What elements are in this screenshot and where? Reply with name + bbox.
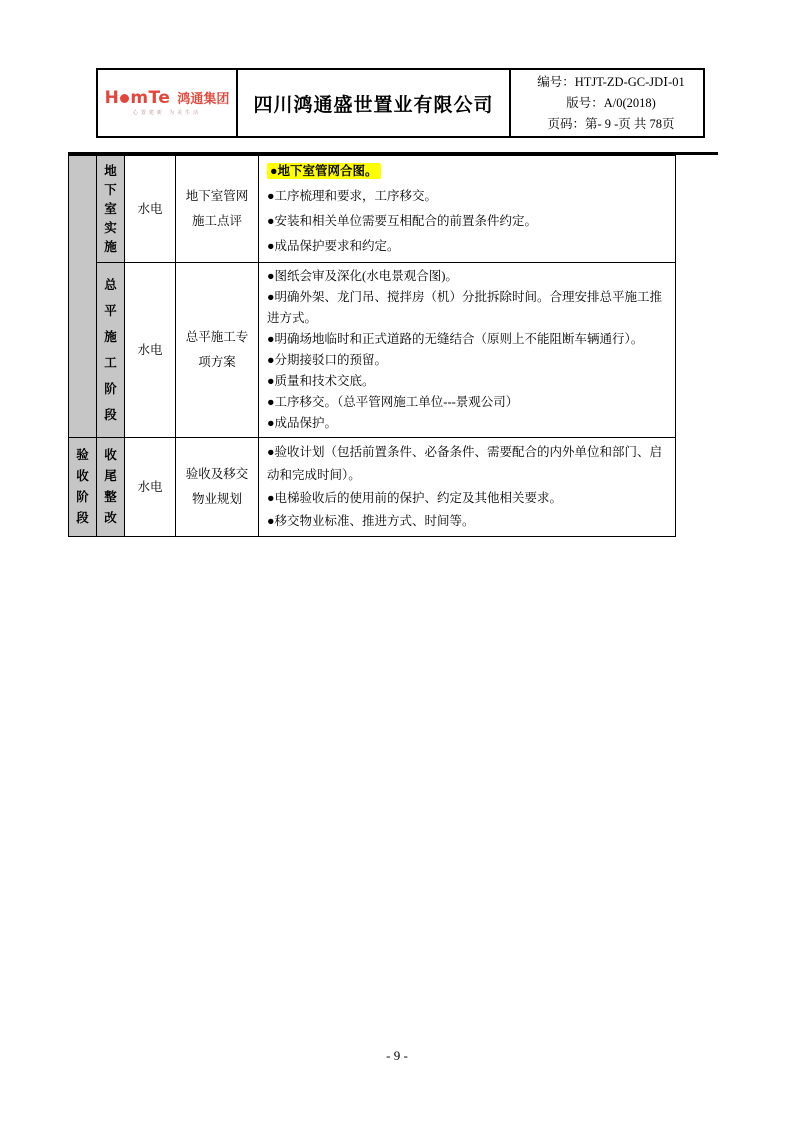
company-logo: HmTe 鸿通集团	[98, 89, 236, 108]
phase-group-cell-acceptance: 验收阶段	[69, 438, 97, 537]
bullet-item: ●安装和相关单位需要互相配合的前置条件约定。	[267, 209, 669, 234]
doc-page-info: 页码：第- 9 -页 共 78页	[511, 114, 703, 135]
bullet-list-cell: ●验收计划（包括前置条件、必备条件、需要配合的内外单位和部门、启动和完成时间）。…	[259, 438, 676, 537]
table-row: 地下室实施 水电 地下室管网施工点评 ●地下室管网合图。 ●工序梳理和要求，工序…	[69, 156, 676, 263]
page-number: - 9 -	[0, 1048, 794, 1064]
bullet-item: ●分期接驳口的预留。	[267, 350, 669, 371]
logo-latin-text: HmTe	[105, 88, 171, 108]
logo-letter-h: H	[105, 88, 120, 108]
bullet-item: ●成品保护。	[267, 413, 669, 434]
company-name-cell: 四川鸿通盛世置业有限公司	[237, 69, 510, 137]
phase-group-cell-empty	[69, 156, 97, 438]
logo-cell: HmTe 鸿通集团 心置建新 为美生活	[97, 69, 237, 137]
bullet-list-cell: ●地下室管网合图。 ●工序梳理和要求，工序移交。 ●安装和相关单位需要互相配合的…	[259, 156, 676, 263]
company-name: 四川鸿通盛世置业有限公司	[253, 95, 493, 116]
bullet-item: ●明确场地临时和正式道路的无缝结合（原则上不能阻断车辆通行）。	[267, 329, 669, 350]
bullet-item: ●成品保护要求和约定。	[267, 234, 669, 259]
phase-cell-siteworks: 总平施工阶段	[97, 263, 125, 438]
highlighted-text: ●地下室管网合图。	[267, 163, 381, 179]
bullet-item: ●明确外架、龙门吊、搅拌房（机）分批拆除时间。合理安排总平施工推进方式。	[267, 287, 669, 329]
document-header-table: HmTe 鸿通集团 心置建新 为美生活 四川鸿通盛世置业有限公司 编号：HTJT…	[96, 68, 705, 138]
item-title-cell: 验收及移交物业规划	[176, 438, 259, 537]
bullet-item: ●电梯验收后的使用前的保护、约定及其他相关要求。	[267, 487, 669, 510]
bullet-item: ●图纸会审及深化(水电景观合图)。	[267, 266, 669, 287]
bullet-item: ●地下室管网合图。	[267, 159, 669, 184]
item-title-cell: 总平施工专项方案	[176, 263, 259, 438]
logo-tagline: 心置建新 为美生活	[98, 111, 236, 117]
specialty-cell: 水电	[125, 263, 176, 438]
phase-cell-closeout: 收尾整改	[97, 438, 125, 537]
document-meta-cell: 编号：HTJT-ZD-GC-JDⅠ-01 版号：A/0(2018) 页码：第- …	[510, 69, 704, 137]
table-row: 验收阶段 收尾整改 水电 验收及移交物业规划 ●验收计划（包括前置条件、必备条件…	[69, 438, 676, 537]
bullet-item: ●验收计划（包括前置条件、必备条件、需要配合的内外单位和部门、启动和完成时间）。	[267, 441, 669, 487]
logo-dot-icon	[120, 94, 129, 103]
specialty-cell: 水电	[125, 156, 176, 263]
header-row: HmTe 鸿通集团 心置建新 为美生活 四川鸿通盛世置业有限公司 编号：HTJT…	[97, 69, 704, 137]
bullet-item: ●质量和技术交底。	[267, 371, 669, 392]
specialty-cell: 水电	[125, 438, 176, 537]
bullet-list-cell: ●图纸会审及深化(水电景观合图)。 ●明确外架、龙门吊、搅拌房（机）分批拆除时间…	[259, 263, 676, 438]
construction-phase-table: 地下室实施 水电 地下室管网施工点评 ●地下室管网合图。 ●工序梳理和要求，工序…	[68, 155, 676, 537]
logo-brand-name: 鸿通集团	[177, 91, 229, 106]
phase-cell-basement: 地下室实施	[97, 156, 125, 263]
table-row: 总平施工阶段 水电 总平施工专项方案 ●图纸会审及深化(水电景观合图)。 ●明确…	[69, 263, 676, 438]
doc-number: 编号：HTJT-ZD-GC-JDⅠ-01	[511, 72, 703, 93]
doc-version: 版号：A/0(2018)	[511, 93, 703, 114]
item-title-cell: 地下室管网施工点评	[176, 156, 259, 263]
document-page: HmTe 鸿通集团 心置建新 为美生活 四川鸿通盛世置业有限公司 编号：HTJT…	[0, 0, 794, 1123]
logo-letters-mte: mTe	[130, 88, 170, 108]
bullet-item: ●工序移交。（总平管网施工单位---景观公司）	[267, 392, 669, 413]
bullet-item: ●工序梳理和要求，工序移交。	[267, 184, 669, 209]
bullet-item: ●移交物业标准、推进方式、时间等。	[267, 510, 669, 533]
